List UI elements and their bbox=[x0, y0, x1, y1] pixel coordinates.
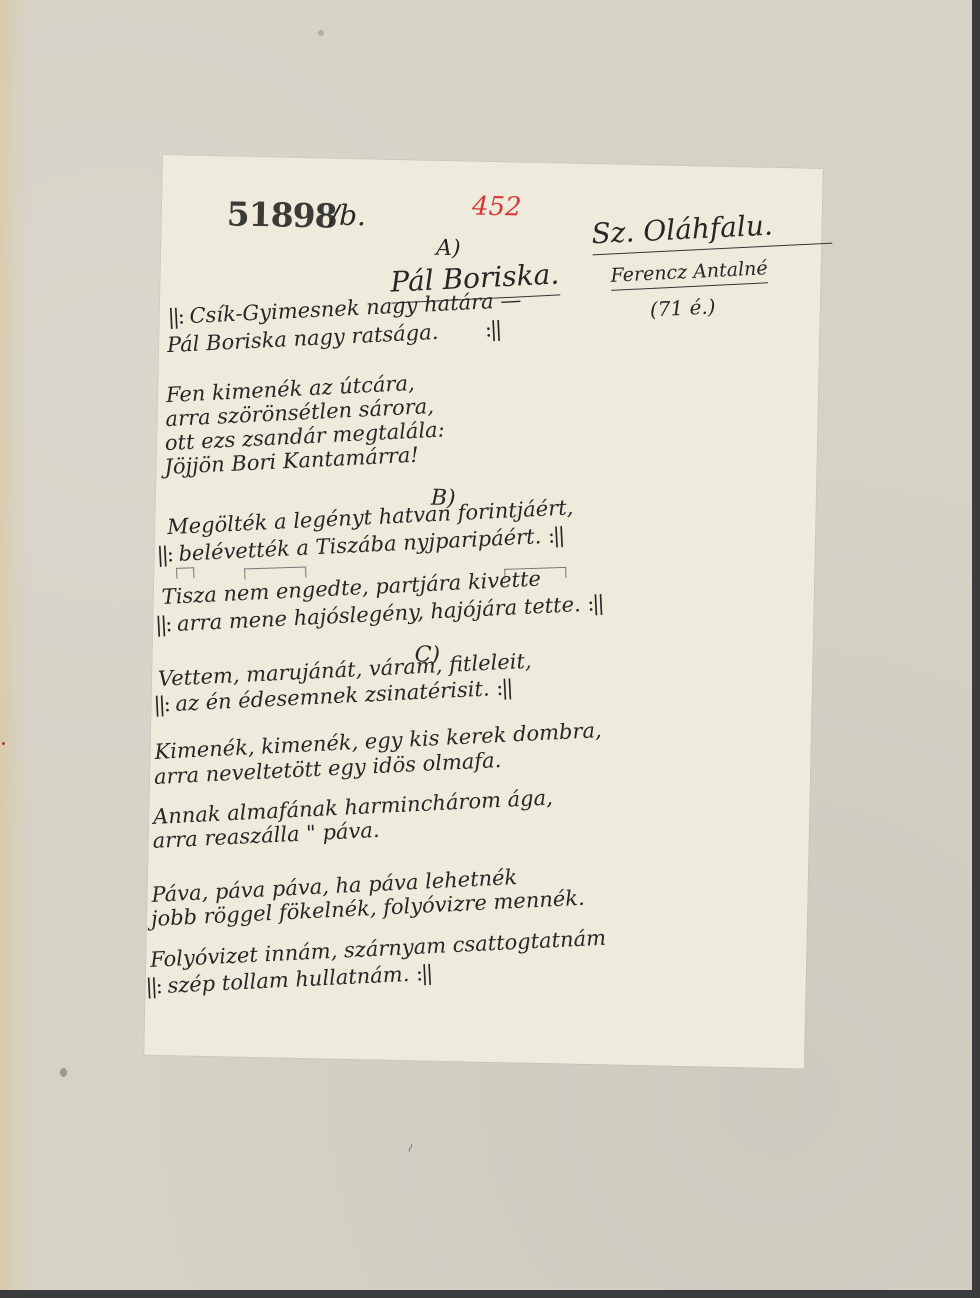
red-page-number: 452 bbox=[472, 191, 522, 222]
archival-mount-card: 51898 /b. 452 A) Pál Boriska. Sz. Oláhfa… bbox=[0, 0, 972, 1290]
stain-spot bbox=[318, 30, 324, 36]
repeat-end-mark: :|| bbox=[587, 591, 603, 616]
repeat-start-mark: ||: bbox=[167, 304, 183, 329]
informant-age: (71 é.) bbox=[649, 294, 716, 321]
scan-edge-right bbox=[972, 0, 980, 1298]
repeat-start-mark: ||: bbox=[145, 974, 161, 999]
repeat-start-mark: ||: bbox=[155, 612, 171, 637]
pencil-scribble: ~ bbox=[401, 1140, 420, 1156]
repeat-end-mark: :|| bbox=[496, 675, 512, 700]
repeat-end-mark: :|| bbox=[484, 317, 500, 342]
red-mark bbox=[2, 742, 5, 745]
scan-edge-bottom bbox=[0, 1290, 980, 1298]
repeat-start-mark: ||: bbox=[153, 692, 169, 717]
manuscript-sheet: 51898 /b. 452 A) Pál Boriska. Sz. Oláhfa… bbox=[144, 155, 823, 1069]
repeat-end-mark: :|| bbox=[547, 523, 563, 548]
repeat-start-mark: ||: bbox=[156, 542, 172, 567]
repeat-end-mark: :|| bbox=[415, 961, 431, 986]
catalog-number-stamp: 51898 bbox=[226, 194, 337, 235]
informant-name: Ferencz Antalné bbox=[610, 257, 768, 291]
stain-spot bbox=[60, 1068, 67, 1077]
catalog-suffix: /b. bbox=[329, 199, 366, 233]
music-note-bracket bbox=[176, 567, 194, 579]
place-name: Sz. Oláhfalu. bbox=[591, 206, 833, 256]
section-a-mark: A) bbox=[436, 236, 461, 262]
